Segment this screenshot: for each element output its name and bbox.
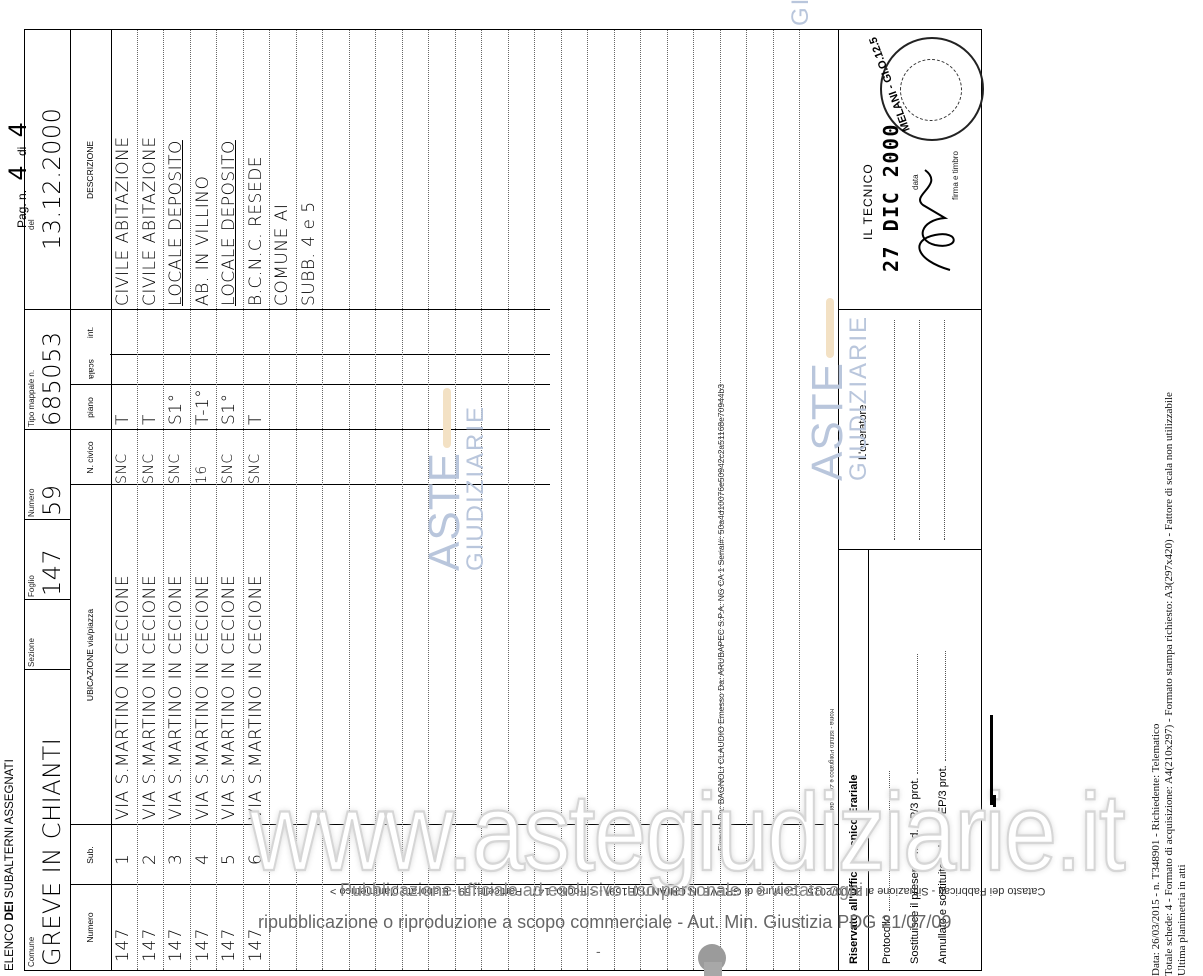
cell-numero: 147 [168,928,185,962]
signature-icon [905,160,965,280]
col-piano: piano [71,384,111,430]
col-scala: scala [71,354,111,385]
cell-via: VIA S.MARTINO IN CECIONE [168,575,185,820]
col-civico: N. civico [71,429,111,485]
cell-numero: 147 [248,928,265,962]
cell-civico: SNC [168,453,182,484]
foglio-cell: Foglio 147 [25,519,71,600]
cell-descrizione: CIVILE ABITAZIONE [142,136,159,306]
cell-descrizione-continued: SUBB. 4 e 5 [301,201,318,306]
margin-line [990,715,993,805]
cell-civico: 16 [195,465,209,484]
cell-piano: T-1° [195,389,212,425]
cell-numero: 147 [195,928,212,962]
numero-cell: Numero 59 [25,429,71,520]
cell-numero: 147 [142,928,159,962]
cell-descrizione-continued: COMUNE AI [274,204,291,306]
cell-sub: 3 [168,854,185,865]
aste-watermark-logo: ASTE GIUDIZIARIE [425,388,486,571]
tipo-mappale-cell: Tipo mappale n. 685053 [25,309,71,430]
cell-numero: 147 [115,928,132,962]
cell-civico: SNC [115,453,129,484]
header-box: Comune GREVE IN CHIANTI Sezione Foglio 1… [24,29,71,971]
cell-numero: 147 [221,928,238,962]
cell-via: VIA S.MARTINO IN CECIONE [195,575,212,820]
cell-via: VIA S.MARTINO IN CECIONE [221,575,238,820]
cell-descrizione: LOCALE DEPOSITO [168,140,185,306]
col-int: int. [71,309,111,355]
publication-notice-line1: Pubblicazione ufficiale ad esclusivo uso… [340,880,863,901]
technician-stamp: MELANI - GI.O.12.5 [880,37,984,141]
cell-via: VIA S.MARTINO IN CECIONE [142,575,159,820]
cell-descrizione: LOCALE DEPOSITO [221,140,238,306]
publication-notice-line2: ripubblicazione o riproduzione a scopo c… [258,912,951,933]
del-cell: del 13.12.2000 [25,30,71,310]
col-ubicazione: UBICAZIONE via/piazza [71,484,111,825]
cell-via: VIA S.MARTINO IN CECIONE [115,575,132,820]
col-descrizione: DESCRIZIONE [71,30,111,310]
print-footer: Data: 26/03/2015 - n. T348901 - Richiede… [1150,416,1189,976]
ufficio-tecnico-box: Riservato all'Ufficio Tecnico Erariale P… [839,549,981,970]
tecnico-date: 27 DIC 2000 [879,123,903,272]
cell-sub: 1 [115,854,132,865]
cell-sub: 4 [195,854,212,865]
seal-ribbon-icon [704,962,722,976]
cell-piano: T [142,414,159,425]
aste-watermark-logo: ASTE GIUDIZIARIE [808,298,869,481]
cell-descrizione: AB. IN VILLINO [195,176,212,306]
cell-piano: S1° [221,393,238,425]
cell-piano: S1° [168,393,185,425]
cell-civico: SNC [221,453,235,484]
column-headers: Numero Sub. UBICAZIONE via/piazza N. civ… [70,29,112,971]
cell-civico: SNC [248,453,262,484]
cell-civico: SNC [142,453,156,484]
aste-watermark-logo: GIUDIZIARIE [790,0,812,26]
cell-descrizione: CIVILE ABITAZIONE [115,136,132,306]
cell-piano: T [115,414,132,425]
margin-line [993,795,996,807]
cell-descrizione: B.C.N.C. RESEDE [248,156,265,306]
dash-mark: - [596,943,601,959]
cell-sub: 5 [221,854,238,865]
comune-cell: Comune GREVE IN CHIANTI [25,669,71,970]
ufficio-title: Riservato all'Ufficio Tecnico Erariale [839,550,869,970]
sezione-cell: Sezione [25,599,71,670]
cell-piano: T [248,414,265,425]
col-numero: Numero [71,884,111,970]
cell-sub: 2 [142,854,159,865]
col-sub: Sub. [71,824,111,885]
form-title: ELENCO DEI SUBALTERNI ASSEGNATI [4,759,16,971]
